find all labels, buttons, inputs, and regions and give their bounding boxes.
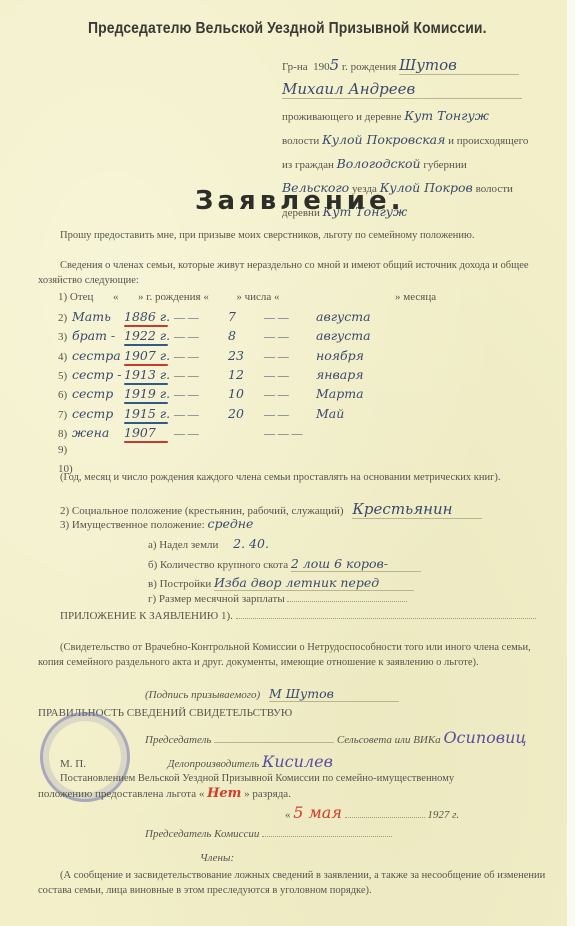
applicant-birth-line: Гр-на 1905 г. рождения Шутов bbox=[282, 56, 519, 75]
resolution-label: положению предоставлена льгота « bbox=[38, 788, 204, 800]
statement-heading: Заявление. bbox=[195, 186, 405, 216]
applicant-name-text: Михаил Андреев bbox=[282, 80, 522, 99]
birth-year-label: » г. рождения « bbox=[138, 291, 209, 303]
commission-chair-line: Председатель Комиссии bbox=[145, 828, 392, 840]
row-number: 5) bbox=[58, 370, 72, 382]
member-birth-year: 1919 г. bbox=[124, 386, 174, 401]
member-birth-year: 1907 bbox=[124, 425, 174, 440]
member-birth-day: 10 bbox=[228, 386, 264, 401]
member-birth-month: января bbox=[316, 367, 364, 382]
commission-chair-field bbox=[262, 836, 392, 837]
date-value: 5 мая bbox=[293, 803, 342, 822]
member-birth-year: 1915 г. bbox=[124, 406, 174, 421]
salary-label: г) Размер месячной зарплаты bbox=[148, 593, 285, 605]
family-member-row: 4)сестра1907 г. — — 23— —ноября bbox=[58, 348, 364, 363]
guberniya-value: Вологодской bbox=[337, 156, 421, 171]
origin-label: и происходящего bbox=[448, 135, 528, 147]
family-intro-paragraph: Сведения о членах семьи, которые живут н… bbox=[38, 258, 548, 288]
member-relation: жена bbox=[72, 425, 124, 440]
family-member-row: 5)сестр -1913 г. — — 12— —января bbox=[58, 367, 364, 382]
cattle-line: б) Количество крупного скота 2 лош 6 кор… bbox=[148, 556, 421, 572]
row-number: 8) bbox=[58, 428, 72, 440]
resolution-value: Нет bbox=[207, 786, 241, 801]
date-year: 1927 г. bbox=[427, 809, 459, 821]
buildings-line: в) Постройки Изба двор летник перед bbox=[148, 575, 414, 591]
volost-label: волости bbox=[282, 135, 319, 147]
residing-label: проживающего и деревне bbox=[282, 111, 402, 123]
member-birth-day: 23 bbox=[228, 348, 264, 363]
year-underline-mark bbox=[124, 441, 168, 443]
row-number: 7) bbox=[58, 409, 72, 421]
family-note: (Год, месяц и число рождения каждого чле… bbox=[38, 470, 548, 485]
member-birth-year: 1907 г. bbox=[124, 348, 174, 363]
dash: — — bbox=[174, 409, 228, 421]
year-underline-mark bbox=[124, 325, 168, 327]
appendix-line: ПРИЛОЖЕНИЕ К ЗАЯВЛЕНИЮ 1). bbox=[60, 610, 536, 622]
social-status-value: Крестьянин bbox=[352, 500, 482, 519]
buildings-value: Изба двор летник перед bbox=[214, 575, 414, 591]
year-prefix: 190 bbox=[313, 61, 330, 73]
family-member-row: 3)брат -1922 г. — — 8— —августа bbox=[58, 328, 371, 343]
member-birth-month: августа bbox=[316, 309, 371, 324]
property-line: 3) Имущественное положение: средне bbox=[60, 516, 253, 531]
dash: — — bbox=[264, 312, 316, 324]
document-title: Председателю Вельской Уездной Призывной … bbox=[88, 20, 487, 38]
clerk-line: М. П. Делопроизводитель Кисилев bbox=[60, 752, 333, 771]
dash: — — bbox=[174, 389, 228, 401]
member-birth-month: августа bbox=[316, 328, 371, 343]
guberniya-line: из граждан Вологодской губернии bbox=[282, 156, 467, 171]
volost2-label: волости bbox=[476, 183, 513, 195]
appendix-note: (Свидетельство от Врачебно-Контрольной К… bbox=[38, 640, 548, 670]
signature-label: (Подпись призываемого) bbox=[145, 689, 260, 701]
chairman-label: Председатель bbox=[145, 734, 211, 746]
year-underline-mark bbox=[124, 402, 168, 404]
dash: — — bbox=[264, 331, 316, 343]
member-relation: брат - bbox=[72, 328, 124, 343]
salary-line: г) Размер месячной зарплаты bbox=[148, 593, 407, 605]
resolution-text: Постановлением Вельской Уездной Призывно… bbox=[38, 771, 548, 786]
year-underline-mark bbox=[124, 364, 168, 366]
appendix-field bbox=[236, 618, 536, 619]
row-number: 6) bbox=[58, 389, 72, 401]
member-relation: сестр - bbox=[72, 367, 124, 382]
cattle-label: б) Количество крупного скота bbox=[148, 559, 288, 571]
quote-open: « bbox=[113, 291, 119, 303]
member-relation: сестра bbox=[72, 348, 124, 363]
request-paragraph: Прошу предоставить мне, при призыве моих… bbox=[38, 228, 548, 243]
dash: — — bbox=[264, 370, 316, 382]
applicant-signature: М Шутов bbox=[269, 686, 399, 702]
member-birth-month: Май bbox=[316, 406, 344, 421]
date-line: « 5 мая 1927 г. bbox=[285, 803, 459, 822]
dash: — — bbox=[174, 428, 228, 440]
member-relation: сестр bbox=[72, 386, 124, 401]
residing-line: проживающего и деревне Кут Тонгуж bbox=[282, 108, 489, 123]
land-value: 2. 40. bbox=[233, 536, 269, 551]
applicant-surname: Шутов bbox=[399, 56, 519, 75]
clerk-label: Делопроизводитель bbox=[167, 758, 259, 770]
row-number: 9) bbox=[58, 444, 72, 456]
salary-field bbox=[287, 601, 407, 602]
member-relation: Мать bbox=[72, 309, 124, 324]
row-number: 3) bbox=[58, 331, 72, 343]
property-value: средне bbox=[207, 516, 253, 531]
appendix-label: ПРИЛОЖЕНИЕ К ЗАЯВЛЕНИЮ 1). bbox=[60, 610, 233, 622]
dash: — — bbox=[174, 351, 228, 363]
member-relation: сестр bbox=[72, 406, 124, 421]
birth-label: г. рождения bbox=[342, 61, 396, 73]
prefix-label: Гр-на bbox=[282, 61, 308, 73]
applicant-name: Михаил Андреев bbox=[282, 80, 522, 99]
land-label: а) Надел земли bbox=[148, 539, 218, 551]
village-value: Кут Тонгуж bbox=[404, 108, 489, 123]
mp-label: М. П. bbox=[60, 758, 86, 770]
member-birth-month: ноября bbox=[316, 348, 364, 363]
category-label: » разряда. bbox=[244, 788, 291, 800]
chairman-line: Председатель Сельсовета или ВИКа Осипови… bbox=[145, 728, 527, 747]
family-row-father: 1) Отец « » г. рождения « » числа « » ме… bbox=[58, 291, 436, 303]
row-number: 4) bbox=[58, 351, 72, 363]
clerk-signature: Кисилев bbox=[262, 752, 333, 771]
birth-year-hand: 5 bbox=[330, 56, 340, 74]
volost-value: Кулой Покровская bbox=[322, 132, 445, 147]
page-margin bbox=[567, 0, 575, 926]
applicant-signature-line: (Подпись призываемого) М Шутов bbox=[145, 686, 399, 702]
family-member-row: 7)сестр1915 г. — — 20— —Май bbox=[58, 406, 344, 421]
dash: — — bbox=[264, 389, 316, 401]
family-member-row: 2)Мать1886 г. — — 7— —августа bbox=[58, 309, 371, 324]
guberniya-label: губернии bbox=[423, 159, 466, 171]
family-member-row: 6)сестр1919 г. — — 10— —Марта bbox=[58, 386, 364, 401]
member-birth-year: 1922 г. bbox=[124, 328, 174, 343]
property-label: 3) Имущественное положение: bbox=[60, 519, 205, 531]
month-label: » месяца bbox=[395, 291, 436, 303]
family-member-row: 8)жена1907 — — — — — bbox=[58, 425, 316, 440]
member-birth-month: Марта bbox=[316, 386, 364, 401]
commission-chair-label: Председатель Комиссии bbox=[145, 828, 259, 840]
member-birth-day: 8 bbox=[228, 328, 264, 343]
citizens-label: из граждан bbox=[282, 159, 334, 171]
member-birth-day: 7 bbox=[228, 309, 264, 324]
footer-warning: (А сообщение и засвидетельствование ложн… bbox=[38, 868, 548, 898]
member-birth-year: 1913 г. bbox=[124, 367, 174, 382]
member-birth-year: 1886 г. bbox=[124, 309, 174, 324]
row-number: 2) bbox=[58, 312, 72, 324]
volost-line: волости Кулой Покровская и происходящего bbox=[282, 132, 528, 147]
members-label: Члены: bbox=[200, 852, 234, 864]
year-underline-mark bbox=[124, 383, 168, 385]
dash: — — bbox=[174, 312, 228, 324]
family-member-row: 9) bbox=[58, 444, 174, 456]
dash: — — bbox=[174, 370, 228, 382]
date-quote: « bbox=[285, 809, 291, 821]
dash: — — — bbox=[264, 428, 316, 440]
buildings-label: в) Постройки bbox=[148, 578, 211, 590]
dash: — — bbox=[174, 331, 228, 343]
dash: — — bbox=[264, 351, 316, 363]
selsovet-label: Сельсовета или ВИКа bbox=[337, 734, 441, 746]
year-underline-mark bbox=[124, 344, 168, 346]
resolution-line: положению предоставлена льгота « Нет » р… bbox=[38, 786, 291, 801]
chairman-signature: Осиповиц bbox=[443, 728, 526, 747]
member-birth-day: 12 bbox=[228, 367, 264, 382]
land-line: а) Надел земли 2. 40. bbox=[148, 536, 269, 551]
father-label: 1) Отец bbox=[58, 291, 93, 303]
dash: — — bbox=[264, 409, 316, 421]
day-label: » числа « bbox=[236, 291, 279, 303]
cattle-value: 2 лош 6 коров- bbox=[291, 556, 421, 572]
member-birth-day: 20 bbox=[228, 406, 264, 421]
year-underline-mark bbox=[124, 422, 168, 424]
